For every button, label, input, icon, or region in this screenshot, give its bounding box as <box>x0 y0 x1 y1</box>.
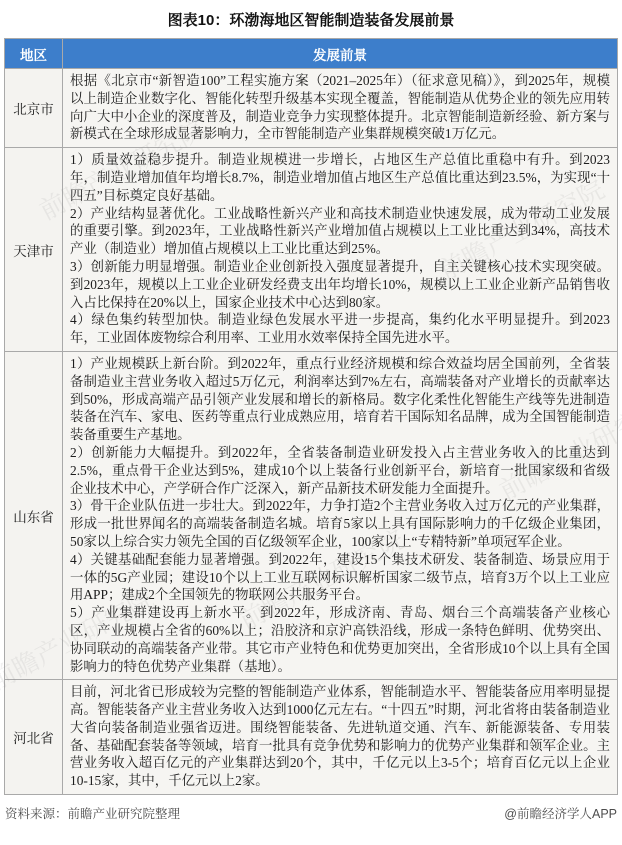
page-title: 图表10：环渤海地区智能制造装备发展前景 <box>0 0 622 38</box>
prospect-paragraph: 4）关键基础配套能力显著增强。到2022年，建设15个集技术研发、装备制造、场景… <box>70 551 610 604</box>
table-header: 地区 发展前景 <box>5 39 618 69</box>
table-row: 河北省目前，河北省已形成较为完整的智能制造产业体系，智能制造水平、智能装备应用率… <box>5 680 618 795</box>
region-cell: 天津市 <box>5 148 63 352</box>
prospect-cell: 根据《北京市“新智造100”工程实施方案（2021–2025年）（征求意见稿）》… <box>63 69 618 148</box>
column-header-region: 地区 <box>5 39 63 69</box>
column-header-prospects: 发展前景 <box>63 39 618 69</box>
prospect-cell: 1）质量效益稳步提升。制造业规模进一步增长，占地区生产总值比重稳中有升。到202… <box>63 148 618 352</box>
region-cell: 河北省 <box>5 680 63 795</box>
footer: 资料来源：前瞻产业研究院整理 @前瞻经济学人APP <box>0 795 622 822</box>
header-row: 地区 发展前景 <box>5 39 618 69</box>
table-row: 天津市1）质量效益稳步提升。制造业规模进一步增长，占地区生产总值比重稳中有升。到… <box>5 148 618 352</box>
prospect-paragraph: 5）产业集群建设再上新水平。到2022年，形成济南、青岛、烟台三个高端装备产业核… <box>70 604 610 675</box>
prospect-paragraph: 根据《北京市“新智造100”工程实施方案（2021–2025年）（征求意见稿）》… <box>70 72 610 143</box>
prospects-table: 地区 发展前景 北京市根据《北京市“新智造100”工程实施方案（2021–202… <box>4 38 618 795</box>
region-cell: 北京市 <box>5 69 63 148</box>
table-body: 北京市根据《北京市“新智造100”工程实施方案（2021–2025年）（征求意见… <box>5 69 618 795</box>
credit-note: @前瞻经济学人APP <box>504 804 617 822</box>
prospect-cell: 目前，河北省已形成较为完整的智能制造产业体系，智能制造水平、智能装备应用率明显提… <box>63 680 618 795</box>
prospect-paragraph: 1）质量效益稳步提升。制造业规模进一步增长，占地区生产总值比重稳中有升。到202… <box>70 151 610 204</box>
prospect-paragraph: 3）骨干企业队伍进一步壮大。到2022年，力争打造2个主营业务收入过万亿元的产业… <box>70 497 610 550</box>
prospect-paragraph: 2）产业结构显著优化。工业战略性新兴产业和高技术制造业快速发展，成为带动工业发展… <box>70 205 610 258</box>
prospect-paragraph: 3）创新能力明显增强。制造业企业创新投入强度显著提升，自主关键核心技术实现突破。… <box>70 258 610 311</box>
region-cell: 山东省 <box>5 351 63 679</box>
prospect-paragraph: 1）产业规模跃上新台阶。到2022年，重点行业经济规模和综合效益均居全国前列，全… <box>70 355 610 444</box>
prospect-paragraph: 4）绿色集约转型加快。制造业绿色发展水平进一步提高，集约化水平明显提升。到202… <box>70 311 610 347</box>
table-row: 北京市根据《北京市“新智造100”工程实施方案（2021–2025年）（征求意见… <box>5 69 618 148</box>
prospect-paragraph: 2）创新能力大幅提升。到2022年，全省装备制造业研发投入占主营业务收入的比重达… <box>70 444 610 497</box>
source-note: 资料来源：前瞻产业研究院整理 <box>5 804 180 822</box>
prospect-cell: 1）产业规模跃上新台阶。到2022年，重点行业经济规模和综合效益均居全国前列，全… <box>63 351 618 679</box>
table-row: 山东省1）产业规模跃上新台阶。到2022年，重点行业经济规模和综合效益均居全国前… <box>5 351 618 679</box>
prospect-paragraph: 目前，河北省已形成较为完整的智能制造产业体系，智能制造水平、智能装备应用率明显提… <box>70 683 610 790</box>
